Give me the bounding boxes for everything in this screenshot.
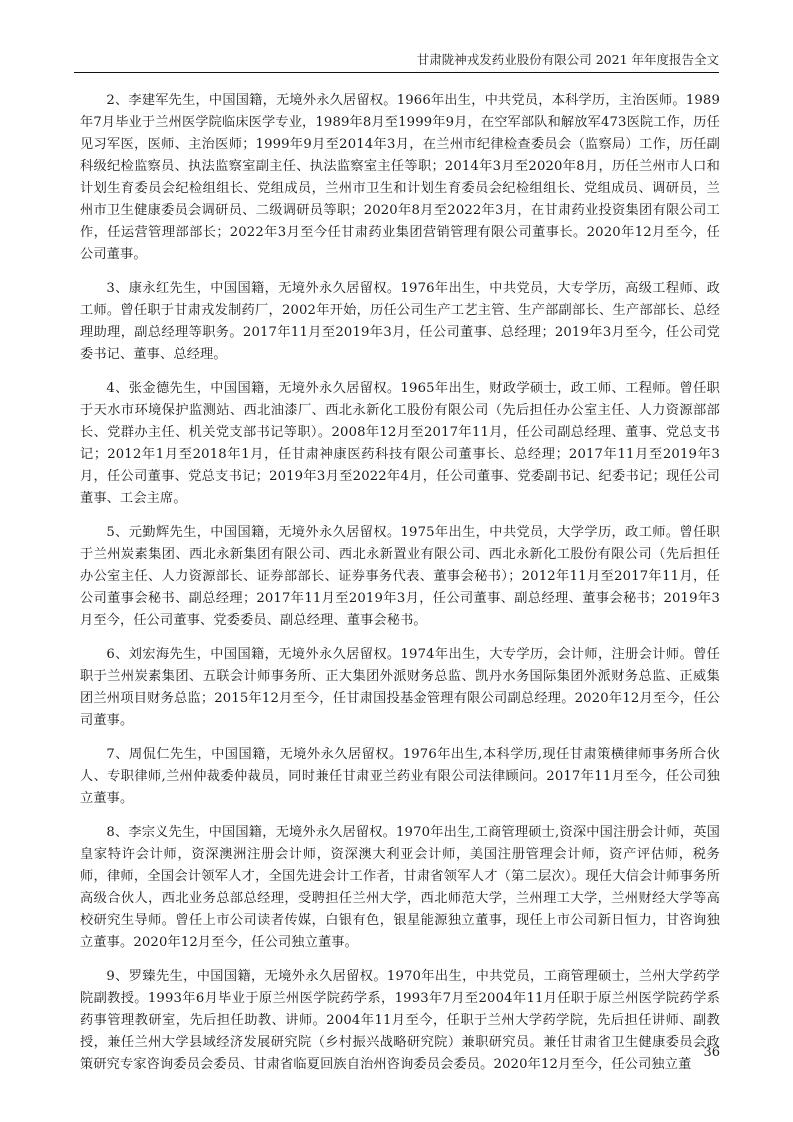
director-bio-4: 4、张金德先生，中国国籍，无境外永久居留权。1965年出生，财政学硕士，政工师、…: [80, 378, 720, 510]
report-title: 甘肃陇神戎发药业股份有限公司 2021 年年度报告全文: [417, 52, 719, 67]
director-bio-8: 8、李宗义先生，中国国籍，无境外永久居留权。1970年出生,工商管理硕士,资深中…: [80, 822, 720, 954]
page-header: 甘肃陇神戎发药业股份有限公司 2021 年年度报告全文: [74, 50, 719, 73]
director-bio-6: 6、刘宏海先生，中国国籍，无境外永久居留权。1974年出生，大专学历，会计师，注…: [80, 644, 720, 732]
director-bio-7: 7、周侃仁先生，中国国籍，无境外永久居留权。1976年出生,本科学历,现任甘肃策…: [80, 744, 720, 810]
director-bio-2: 2、李建军先生，中国国籍，无境外永久居留权。1966年出生，中共党员，本科学历，…: [80, 90, 720, 266]
page-number: 36: [600, 1045, 720, 1060]
director-bio-3: 3、康永红先生，中国国籍，无境外永久居留权。1976年出生，中共党员，大专学历，…: [80, 278, 720, 366]
director-bio-5: 5、元勤辉先生，中国国籍，无境外永久居留权。1975年出生，中共党员，大学学历，…: [80, 522, 720, 632]
document-body: 2、李建军先生，中国国籍，无境外永久居留权。1966年出生，中共党员，本科学历，…: [80, 90, 720, 1088]
